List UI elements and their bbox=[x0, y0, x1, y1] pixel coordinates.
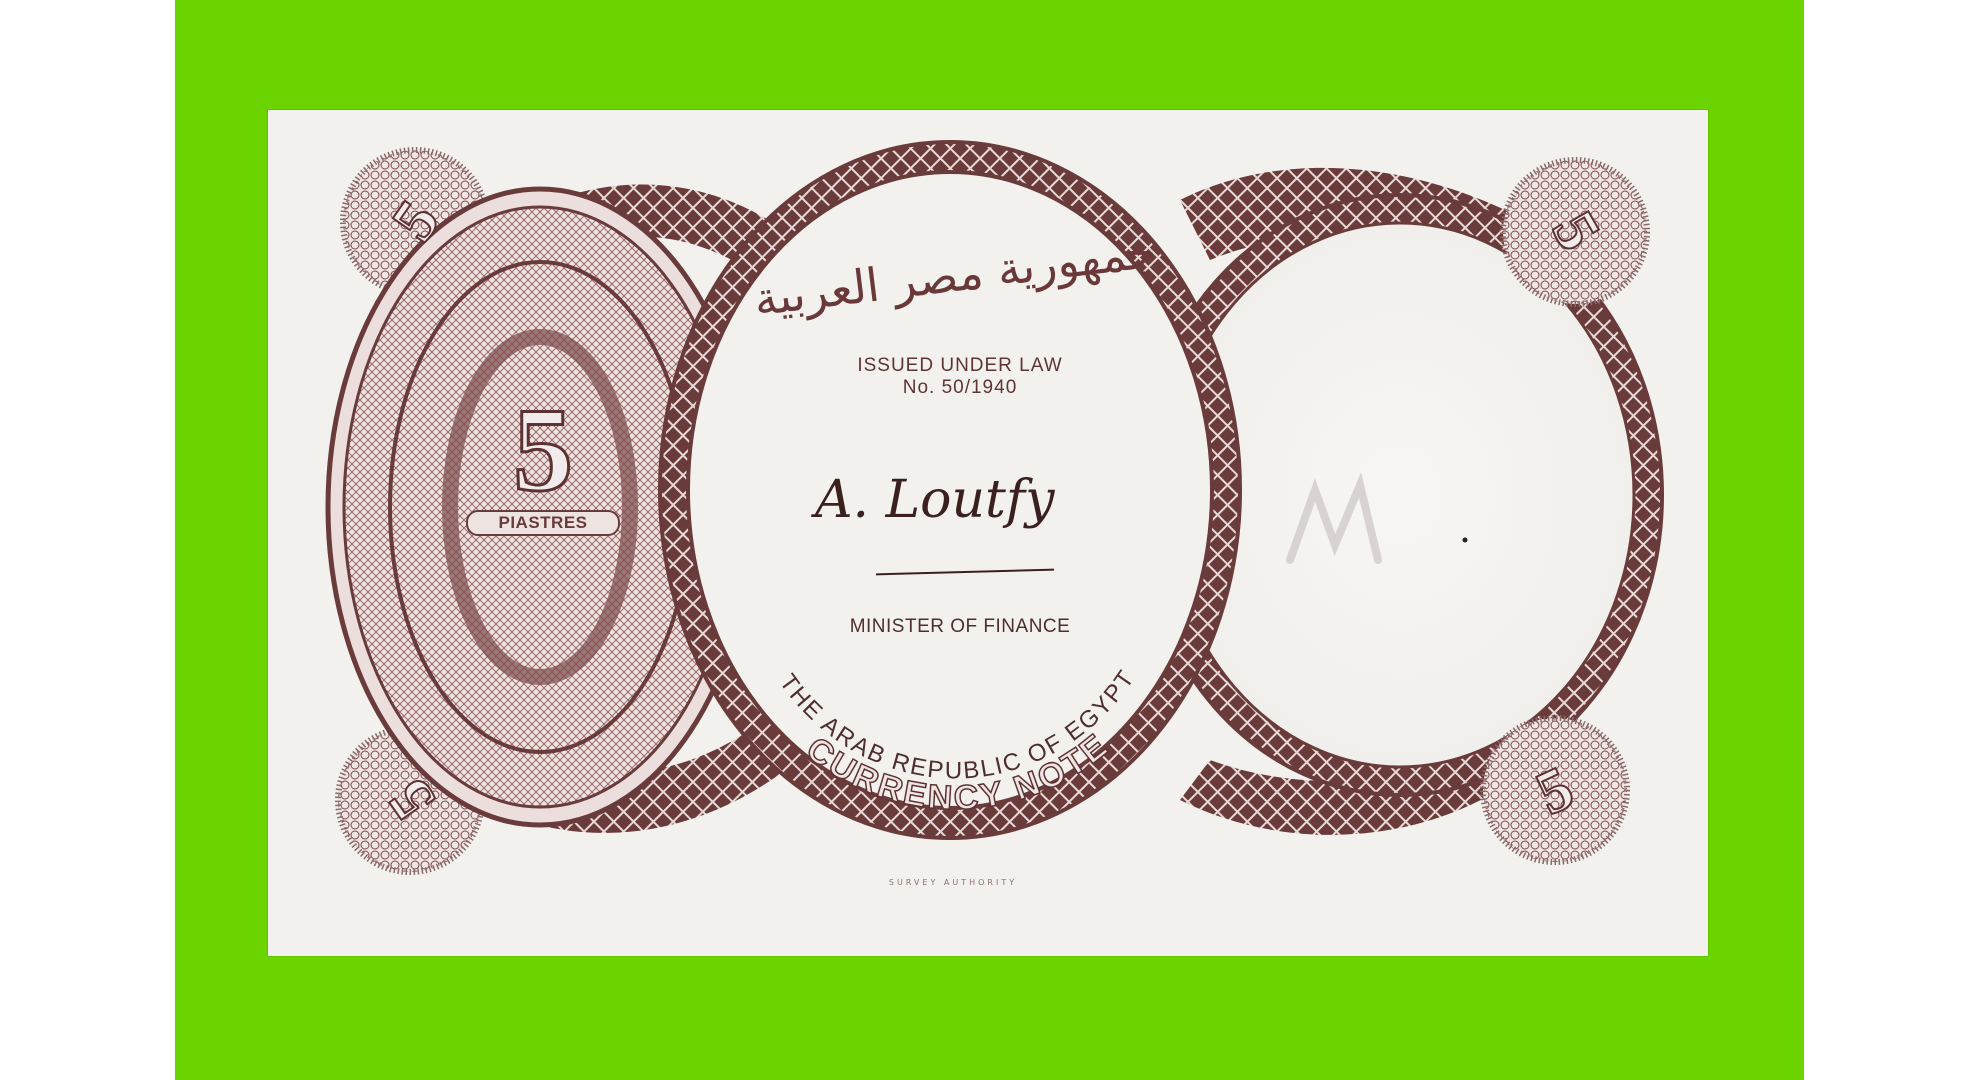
banknote-guilloche-artwork: THE ARAB REPUBLIC OF EGYPT CURRENCY NOTE bbox=[0, 0, 1980, 1080]
denomination-numeral: 5 bbox=[488, 390, 598, 510]
issued-under-law: ISSUED UNDER LAW No. 50/1940 bbox=[830, 355, 1090, 399]
denomination-unit: PIASTRES bbox=[466, 510, 620, 536]
signatory-title: MINISTER OF FINANCE bbox=[820, 616, 1100, 638]
minister-signature: A. Loutfy bbox=[815, 470, 1115, 530]
printer-imprint: SURVEY AUTHORITY bbox=[868, 878, 1038, 887]
law-number: No. 50/1940 bbox=[830, 377, 1090, 399]
issued-under-law-label: ISSUED UNDER LAW bbox=[830, 355, 1090, 377]
